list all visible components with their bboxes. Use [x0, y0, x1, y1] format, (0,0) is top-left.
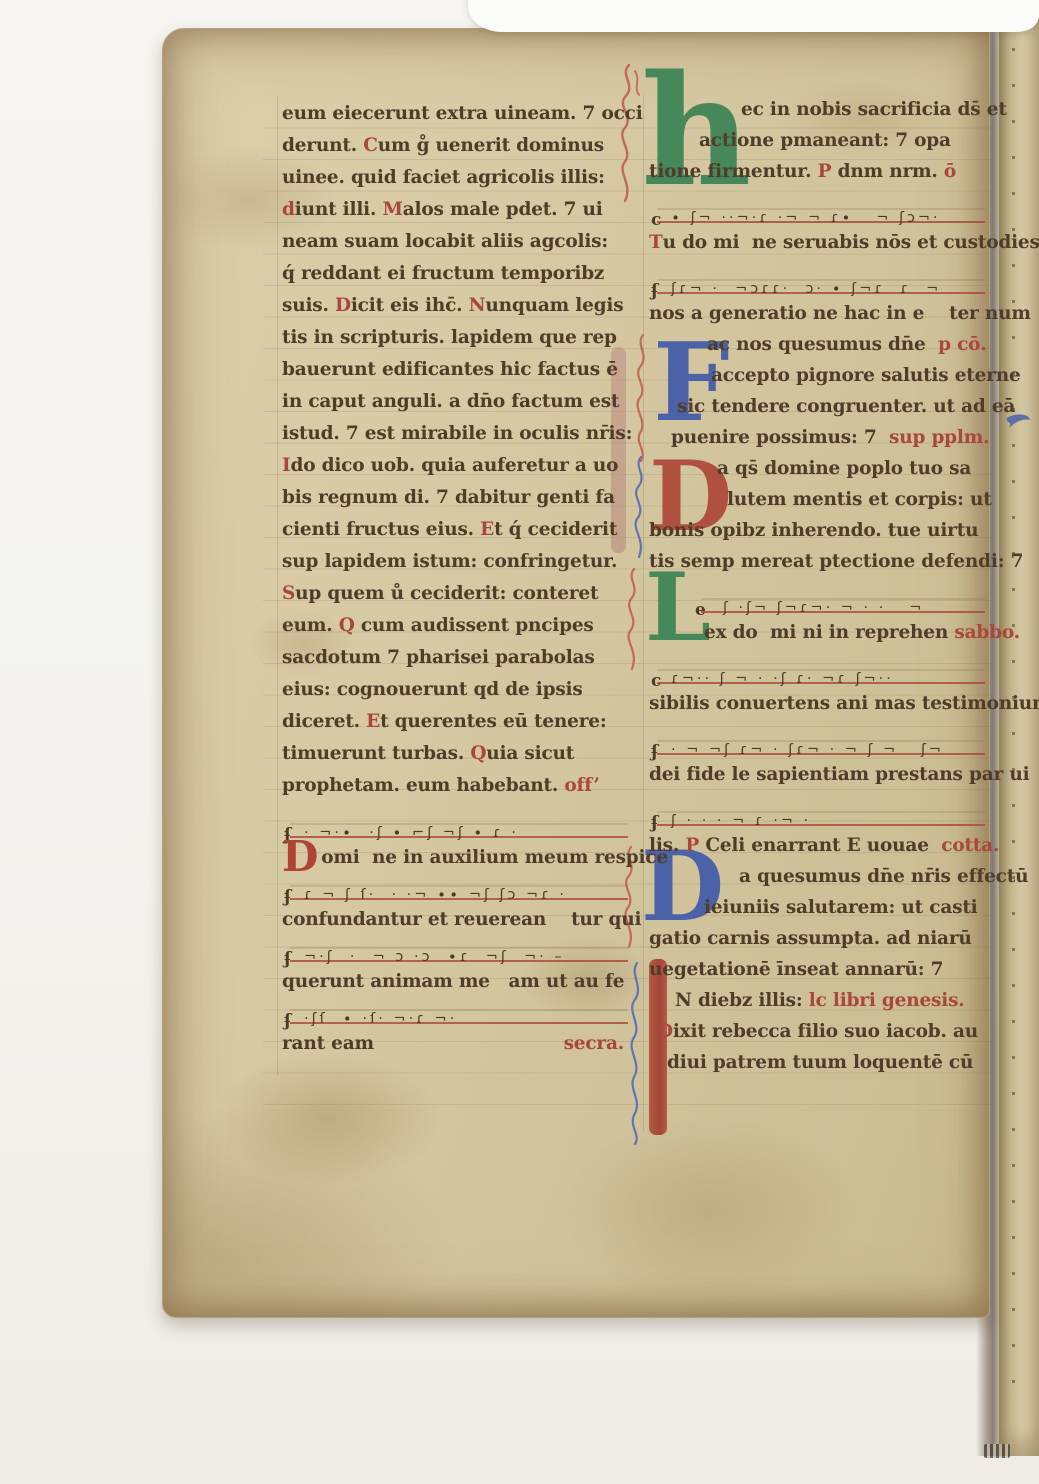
text-segment: gatio carnis assumpta. ad niarū [649, 928, 972, 949]
text-line: N diebz illis: lc libri genesis. [649, 990, 995, 1021]
text-line: uegetationē īnseat annarū: 7 [649, 959, 995, 990]
text-segment: timuerunt turbas. [282, 743, 470, 764]
text-segment: ieiuniis salutarem: ut casti [704, 897, 978, 918]
text-line: lis. P Celi enarrant E uouae cotta. [649, 835, 995, 866]
text-line: gatio carnis assumpta. ad niarū [649, 928, 995, 959]
text-segment: N [469, 295, 486, 316]
text-segment: q́ reddant ei fructum temporibz [282, 263, 604, 284]
clef-letter: ʄ [284, 949, 291, 969]
text-line: Tu do mi ne seruabis nōs et custodies [649, 232, 995, 263]
clef-letter: e [695, 600, 706, 620]
text-segment: ec in nobis sacrificia ds̄ et [741, 99, 1007, 120]
text-segment: tis in scripturis. lapidem que rep [282, 327, 617, 348]
text-line: bonis opibz inherendo. tue uirtu [649, 520, 995, 551]
text-segment: I [282, 455, 290, 476]
neumes: ɾ ¬ ʃ ſ· · ·¬ ∙∙ ¬ʃ ʃɔ ¬ɾ · [304, 887, 567, 903]
clef-letter: ʄ [284, 1011, 291, 1031]
text-segment: off’ [564, 775, 599, 796]
text-segment: alos male pdet. 7 ui [403, 199, 603, 220]
text-line: ex do mi ni in reprehen sabbo. [649, 622, 995, 653]
text-segment: sic tendere congruenter. ut ad eā [677, 396, 1015, 417]
text-line: confundantur et reuerean tur qui [282, 909, 638, 941]
text-segment: ac nos quesumus dn̄e [707, 334, 938, 355]
clef-letter: ʄ [651, 742, 658, 762]
text-segment: P [818, 161, 832, 182]
text-line: derunt. Cum g̊ uenerit dominus [282, 135, 638, 167]
text-line: istud. 7 est mirabile in oculis nr̄is: [282, 423, 638, 455]
text-segment: cotta. [941, 835, 999, 856]
left-text-column: eum eiecerunt extra uineam. 7 occiderunt… [282, 103, 638, 1065]
text-segment: derunt. [282, 135, 363, 156]
text-segment: ixit rebecca filio suo iacob. au [673, 1021, 978, 1042]
text-segment: unquam legis [485, 295, 623, 316]
music-line: ʄ· ¬·∙ ·ʃ ∙ ⌐ʃ ¬ʃ ∙ ɾ · [282, 807, 638, 847]
text-segment: do dico uob. quia auferetur a uo [290, 455, 618, 476]
text-segment: a qs̄ domine poplo tuo sa [717, 458, 971, 479]
text-segment: diui patrem tuum loquentē cū [667, 1052, 973, 1073]
clef-letter: ʄ [651, 813, 658, 833]
text-line: eum. Q cum audissent pncipes [282, 615, 638, 647]
text-segment: accepto pignore salutis eterne [711, 365, 1021, 386]
text-segment: dei fide le sapientiam prestans par ui [649, 764, 1029, 785]
text-segment: S [282, 583, 295, 604]
text-line: bauerunt edificantes hic factus ē [282, 359, 638, 391]
text-line: Domi ne in auxilium meum respice [282, 847, 638, 879]
text-segment: ō [944, 161, 956, 182]
music-line: c∙ ʃ¬ ··¬·ɾ ·¬ ¬ ɾ∙ ¬ ʃɔ¬· [649, 192, 995, 232]
text-segment: puenire possimus: 7 [671, 427, 889, 448]
music-line: ʄɾ ¬ ʃ ſ· · ·¬ ∙∙ ¬ʃ ʃɔ ¬ɾ · [282, 879, 638, 909]
text-segment: querunt animam me am ut au fe [282, 971, 624, 992]
text-line: sacdotum 7 pharisei parabolas [282, 647, 638, 679]
text-segment: dnm nrm. [831, 161, 944, 182]
text-segment: E [480, 519, 494, 540]
music-line: ʄʃɾ¬ · ¬ɔɾɾ· ɔ· ∙ ʃ¬ɾ ɾ ¬ [649, 263, 995, 303]
text-line: tione firmentur. P dnm nrm. ō [649, 161, 995, 192]
text-segment: lis. [649, 835, 685, 856]
text-segment: sacdotum 7 pharisei parabolas [282, 647, 595, 668]
text-line: diui patrem tuum loquentē cū [649, 1052, 995, 1083]
text-line: actione pmaneant: 7 opa [649, 130, 995, 161]
neumes: ɾ¬·· ʃ ¬ · ·ʃ ɾ· ¬ɾ ʃ¬·· [671, 671, 894, 687]
text-segment: icit eis ihc̄. [351, 295, 469, 316]
text-line: a quesumus dn̄e nr̄is effectū [649, 866, 995, 897]
text-line: ac nos quesumus dn̄e p cō. [649, 334, 995, 365]
text-segment: p cō. [938, 334, 986, 355]
text-segment: bis regnum di. 7 dabitur genti fa [282, 487, 615, 508]
text-segment: up quem ů ceciderit: conteret [295, 583, 598, 604]
text-segment: bauerunt edificantes hic factus ē [282, 359, 618, 380]
neumes: ʃ · · · ¬ ɾ ·¬ · [671, 813, 811, 829]
text-line: a qs̄ domine poplo tuo sa [649, 458, 995, 489]
text-segment: prophetam. eum habebant. [282, 775, 564, 796]
column-rule-left [277, 95, 278, 1075]
text-segment: uegetationē īnseat annarū: 7 [649, 959, 943, 980]
text-segment: rant eam [282, 1033, 374, 1054]
text-segment: bonis opibz inherendo. tue uirtu [649, 520, 978, 541]
white-cloth [468, 0, 1039, 32]
text-segment: secra. [564, 1033, 624, 1054]
text-line: prophetam. eum habebant. off’ [282, 775, 638, 807]
page-scrap-fragment [984, 1444, 1010, 1458]
text-segment: istud. 7 est mirabile in oculis nr̄is: [282, 423, 632, 444]
text-segment: P [685, 835, 699, 856]
text-segment: E [366, 711, 380, 732]
text-segment: iunt illi. [295, 199, 383, 220]
text-segment: eum. [282, 615, 339, 636]
text-segment: tis semp mereat ptectione defendi: 7 [649, 551, 1023, 572]
music-line: ʄ¬·ʃ · ¬ ɔ ·ɔ ∙ɾ ¬ʃ ¬· – [282, 941, 638, 971]
text-segment: sup lapidem istum: confringetur. [282, 551, 617, 572]
music-line: ʄ·ʃſ ∙ ·ſ· ¬·ɾ ¬· [282, 1003, 638, 1033]
neumes: ∙ ʃ¬ ··¬·ɾ ·¬ ¬ ɾ∙ ¬ ʃɔ¬· [671, 210, 941, 226]
text-segment: C [363, 135, 378, 156]
text-segment: sabbo. [954, 622, 1020, 643]
text-segment: D [657, 1021, 673, 1042]
text-line: sic tendere congruenter. ut ad eā [649, 396, 995, 427]
text-segment: N diebz illis: [675, 990, 809, 1011]
text-line: in caput anguli. a dn̄o factum est [282, 391, 638, 423]
clef-letter: ʄ [651, 281, 658, 301]
clef-letter: c [651, 210, 661, 230]
text-line: tis in scripturis. lapidem que rep [282, 327, 638, 359]
text-segment: neam suam locabit aliis agcolis: [282, 231, 608, 252]
text-segment: sibilis conuertens ani mas testimonium [649, 693, 1039, 714]
text-line: eius: cognouerunt qd de ipsis [282, 679, 638, 711]
music-line: eʃ ·ʃ¬ ʃ¬ɾ¬· ¬ · · ¬ [649, 582, 995, 622]
text-line: Sup quem ů ceciderit: conteret [282, 583, 638, 615]
text-segment: tione firmentur. [649, 161, 818, 182]
text-segment: Q [470, 743, 486, 764]
neumes: · ¬·∙ ·ʃ ∙ ⌐ʃ ¬ʃ ∙ ɾ · [304, 825, 519, 841]
text-line: timuerunt turbas. Quia sicut [282, 743, 638, 775]
text-line: suis. Dicit eis ihc̄. Nunquam legis [282, 295, 638, 327]
text-segment: confundantur et reuerean tur qui [282, 909, 641, 930]
text-segment: omi ne in auxilium meum respice [321, 847, 668, 868]
text-segment: diceret. [282, 711, 366, 732]
text-segment: t q́ ceciderit [494, 519, 617, 540]
text-segment: in caput anguli. a dn̄o factum est [282, 391, 619, 412]
text-segment: u do mi ne seruabis nōs et custodies [663, 232, 1039, 253]
text-segment: uinee. quid faciet agricolis illis: [282, 167, 605, 188]
neumes: ʃɾ¬ · ¬ɔɾɾ· ɔ· ∙ ʃ¬ɾ ɾ ¬ [671, 281, 941, 297]
text-line: ec in nobis sacrificia ds̄ et [649, 99, 995, 130]
text-line: accepto pignore salutis eterne [649, 365, 995, 396]
text-line: querunt animam me am ut au fe [282, 971, 638, 1003]
text-segment: Celi enarrant E uouae [699, 835, 941, 856]
facing-folio-edge [999, 8, 1039, 1456]
text-segment: uia sicut [486, 743, 574, 764]
text-segment: um g̊ uenerit dominus [378, 135, 604, 156]
music-line: cɾ¬·· ʃ ¬ · ·ʃ ɾ· ¬ɾ ʃ¬·· [649, 653, 995, 693]
text-line: dei fide le sapientiam prestans par ui [649, 764, 995, 795]
text-segment: d [282, 199, 295, 220]
text-line: Ido dico uob. quia auferetur a uo [282, 455, 638, 487]
parchment-page: h F D L D eum eiecerunt extra uineam. 7 … [162, 28, 990, 1318]
text-segment: eum eiecerunt extra uineam. 7 occi [282, 103, 643, 124]
text-segment: t querentes eū tenere: [380, 711, 606, 732]
neumes: ¬·ʃ · ¬ ɔ ·ɔ ∙ɾ ¬ʃ ¬· – [304, 949, 565, 965]
text-segment: ex do mi ni in reprehen [704, 622, 954, 643]
text-segment: lc libri genesis. [809, 990, 965, 1011]
neumes: ʃ ·ʃ¬ ʃ¬ɾ¬· ¬ · · ¬ [723, 600, 924, 616]
text-line: rant eamsecra. [282, 1033, 638, 1065]
text-line: ieiuniis salutarem: ut casti [649, 897, 995, 928]
column-rule-center [643, 95, 644, 1131]
text-line: nos a generatio ne hac in e ter num [649, 303, 995, 334]
text-segment: cienti fructus eius. [282, 519, 480, 540]
text-line: uinee. quid faciet agricolis illis: [282, 167, 638, 199]
text-segment: sup pplm. [889, 427, 989, 448]
text-line: bis regnum di. 7 dabitur genti fa [282, 487, 638, 519]
right-text-column: ec in nobis sacrificia ds̄ etactione pma… [649, 99, 995, 1083]
text-line: puenire possimus: 7 sup pplm. [649, 427, 995, 458]
music-line: ʄ· ¬ ¬ʃ ɾ¬ · ʃɾ¬ · ¬ ʃ ¬ ʃ¬ [649, 724, 995, 764]
text-line: lutem mentis et corpis: ut [649, 489, 995, 520]
clef-letter: c [651, 671, 661, 691]
text-segment: nos a generatio ne hac in e ter num [649, 303, 1031, 324]
text-segment: a quesumus dn̄e nr̄is effectū [739, 866, 1028, 887]
text-line: Dixit rebecca filio suo iacob. au [649, 1021, 995, 1052]
text-line: sup lapidem istum: confringetur. [282, 551, 638, 583]
text-line: diunt illi. Malos male pdet. 7 ui [282, 199, 638, 231]
text-segment: eius: cognouerunt qd de ipsis [282, 679, 583, 700]
clef-letter: ʄ [284, 887, 291, 907]
text-segment: Q [339, 615, 355, 636]
text-segment: cum audissent pncipes [355, 615, 594, 636]
text-segment: actione pmaneant: 7 opa [699, 130, 951, 151]
text-line: neam suam locabit aliis agcolis: [282, 231, 638, 263]
text-line: cienti fructus eius. Et q́ ceciderit [282, 519, 638, 551]
text-segment: suis. [282, 295, 335, 316]
text-segment: T [649, 232, 663, 253]
text-line: eum eiecerunt extra uineam. 7 occi [282, 103, 638, 135]
text-segment: lutem mentis et corpis: ut [727, 489, 992, 510]
text-line: diceret. Et querentes eū tenere: [282, 711, 638, 743]
text-line: q́ reddant ei fructum temporibz [282, 263, 638, 295]
text-segment: M [382, 199, 402, 220]
text-line: tis semp mereat ptectione defendi: 7 [649, 551, 995, 582]
music-line: ʄʃ · · · ¬ ɾ ·¬ · [649, 795, 995, 835]
text-segment: D [335, 295, 351, 316]
text-line: sibilis conuertens ani mas testimonium [649, 693, 995, 724]
manuscript-photo: h F D L D eum eiecerunt extra uineam. 7 … [0, 0, 1039, 1484]
neumes: · ¬ ¬ʃ ɾ¬ · ʃɾ¬ · ¬ ʃ ¬ ʃ¬ [671, 742, 944, 758]
neumes: ·ʃſ ∙ ·ſ· ¬·ɾ ¬· [304, 1011, 457, 1027]
